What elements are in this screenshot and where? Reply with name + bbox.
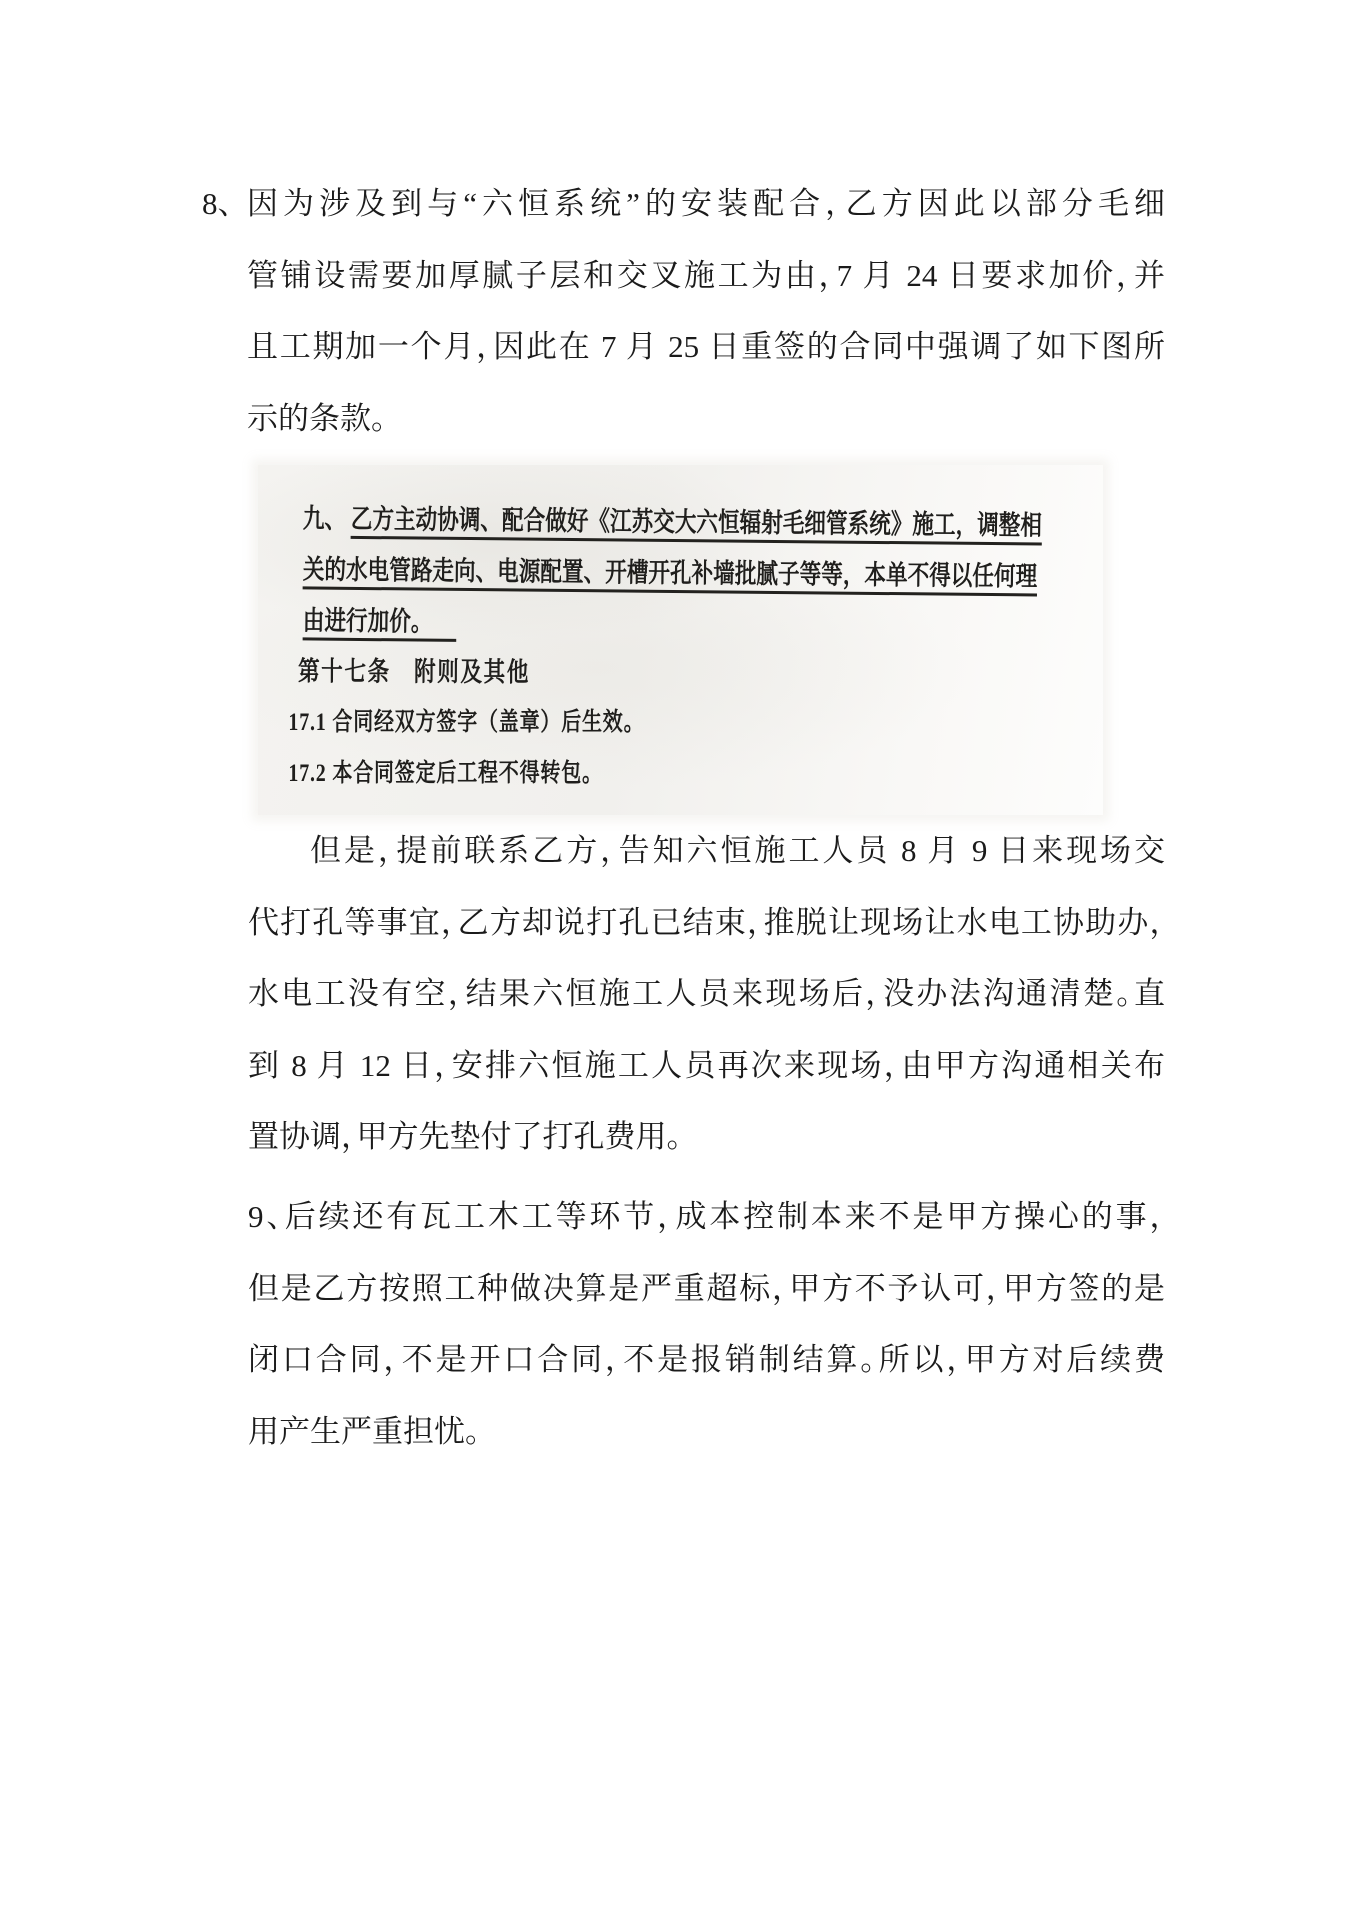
text-line: 用产生严重担忧。 — [248, 1396, 1165, 1468]
text-line: 且工期加一个月，因此在 7 月 25 日重签的合同中强调了如下图所 — [247, 311, 1165, 383]
scan-text-line: 由进行加价。 — [258, 595, 934, 652]
scan-text: 17.1 合同经双方签字（盖章）后生效。 — [288, 709, 644, 736]
text-line: 示的条款。 — [247, 383, 1165, 455]
scan-list-marker: 九、 — [303, 503, 351, 533]
text-line: 水电工没有空，结果六恒施工人员来现场后，没办法沟通清楚。直 — [248, 958, 1165, 1030]
paragraph-followup: 但是，提前联系乙方，告知六恒施工人员 8 月 9 日来现场交代打孔等事宜，乙方却… — [248, 815, 1165, 1173]
scan-text: 由进行加价。 — [303, 605, 457, 641]
text-line: 代打孔等事宜，乙方却说打孔已结束，推脱让现场让水电工协助办， — [248, 887, 1165, 959]
text-line: 到 8 月 12 日，安排六恒施工人员再次来现场，由甲方沟通相关布 — [248, 1030, 1165, 1102]
scan-text-line: 17.1 合同经双方签字（盖章）后生效。 — [258, 697, 934, 748]
text-line: 但是乙方按照工种做决算是严重超标，甲方不予认可，甲方签的是 — [248, 1253, 1165, 1325]
scan-text: 乙方主动协调、配合做好《江苏交大六恒辐射毛细管系统》施工，调整相 — [351, 504, 1043, 546]
text-line: 因为涉及到与“六恒系统”的安装配合，乙方因此以部分毛细 — [247, 168, 1165, 240]
scan-text-line: 关的水电管路走向、电源配置、开槽开孔补墙批腻子等等，本单不得以任何理 — [258, 544, 934, 601]
paragraph-item-8: 8、 因为涉及到与“六恒系统”的安装配合，乙方因此以部分毛细管铺设需要加厚腻子层… — [247, 168, 1165, 454]
text-line: 9、后续还有瓦工木工等环节，成本控制本来不是甲方操心的事， — [248, 1181, 1165, 1253]
scan-text-line: 17.2 本合同签定后工程不得转包。 — [258, 748, 934, 799]
scan-text: 关的水电管路走向、电源配置、开槽开孔补墙批腻子等等，本单不得以任何理 — [303, 554, 1038, 596]
scan-text-line: 九、乙方主动协调、配合做好《江苏交大六恒辐射毛细管系统》施工，调整相 — [258, 493, 934, 550]
contract-scan-image: 九、乙方主动协调、配合做好《江苏交大六恒辐射毛细管系统》施工，调整相关的水电管路… — [258, 465, 1103, 815]
scan-text-line: 第十七条 附则及其他 — [258, 646, 934, 700]
text-line: 但是，提前联系乙方，告知六恒施工人员 8 月 9 日来现场交 — [248, 815, 1165, 887]
scan-text: 17.2 本合同签定后工程不得转包。 — [288, 760, 602, 787]
document-page: 8、 因为涉及到与“六恒系统”的安装配合，乙方因此以部分毛细管铺设需要加厚腻子层… — [0, 0, 1365, 1930]
list-number-8: 8、 — [202, 168, 249, 240]
paragraph-item-9: 9、后续还有瓦工木工等环节，成本控制本来不是甲方操心的事，但是乙方按照工种做决算… — [248, 1181, 1165, 1467]
text-line: 置协调，甲方先垫付了打孔费用。 — [248, 1101, 1165, 1173]
text-line: 管铺设需要加厚腻子层和交叉施工为由，7 月 24 日要求加价，并 — [247, 240, 1165, 312]
scan-text: 第十七条 附则及其他 — [298, 656, 530, 687]
text-line: 闭口合同，不是开口合同，不是报销制结算。所以，甲方对后续费 — [248, 1324, 1165, 1396]
scan-content: 九、乙方主动协调、配合做好《江苏交大六恒辐射毛细管系统》施工，调整相关的水电管路… — [258, 493, 1103, 799]
